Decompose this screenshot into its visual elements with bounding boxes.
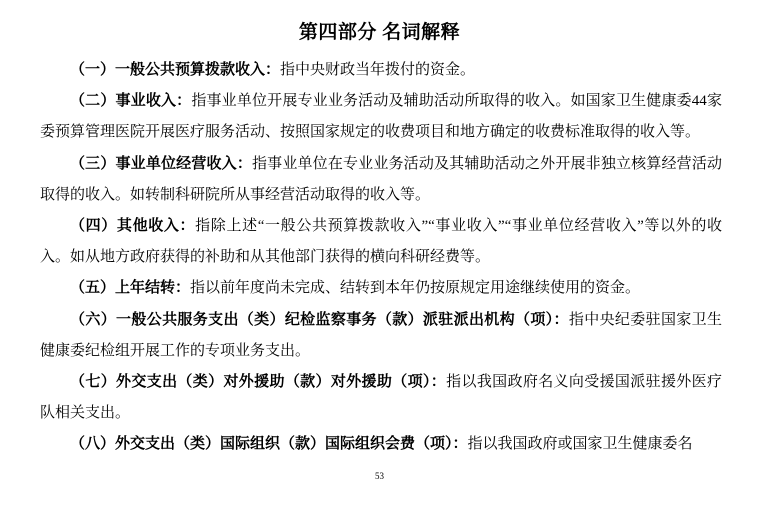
- glossary-entry-3: （三）事业单位经营收入：指事业单位在专业业务活动及其辅助活动之外开展非独立核算经…: [40, 149, 722, 211]
- glossary-entry-1: （一）一般公共预算拨款收入：指中央财政当年拨付的资金。: [40, 55, 722, 86]
- term-label: （三）事业单位经营收入：: [70, 156, 252, 172]
- term-label: （四）其他收入：: [70, 218, 195, 234]
- glossary-entry-6: （六）一般公共服务支出（类）纪检监察事务（款）派驻派出机构（项）：指中央纪委驻国…: [40, 305, 722, 367]
- term-label: （二）事业收入：: [70, 93, 191, 109]
- term-definition: 指以前年度尚未完成、结转到本年仍按原规定用途继续使用的资金。: [190, 280, 640, 296]
- glossary-entry-5: （五）上年结转：指以前年度尚未完成、结转到本年仍按原规定用途继续使用的资金。: [40, 273, 722, 304]
- term-label: （八）外交支出（类）国际组织（款）国际组织会费（项）：: [70, 436, 468, 452]
- page-title: 第四部分 名词解释: [0, 21, 759, 45]
- glossary-entry-4: （四）其他收入：指除上述“一般公共预算拨款收入”“事业收入”“事业单位经营收入”…: [40, 211, 722, 273]
- term-definition: 指以我国政府或国家卫生健康委名: [468, 436, 693, 452]
- glossary-entry-8: （八）外交支出（类）国际组织（款）国际组织会费（项）：指以我国政府或国家卫生健康…: [40, 429, 722, 460]
- glossary-entry-2: （二）事业收入：指事业单位开展专业业务活动及辅助活动所取得的收入。如国家卫生健康…: [40, 86, 722, 148]
- page-number: 53: [0, 470, 759, 482]
- term-label: （六）一般公共服务支出（类）纪检监察事务（款）派驻派出机构（项）：: [70, 312, 569, 328]
- term-definition: 指中央财政当年拨付的资金。: [280, 62, 475, 78]
- glossary-entry-7: （七）外交支出（类）对外援助（款）对外援助（项）：指以我国政府名义向受援国派驻援…: [40, 367, 722, 429]
- term-label: （一）一般公共预算拨款收入：: [70, 62, 280, 78]
- document-page: 第四部分 名词解释 （一）一般公共预算拨款收入：指中央财政当年拨付的资金。 （二…: [0, 0, 759, 523]
- document-body: （一）一般公共预算拨款收入：指中央财政当年拨付的资金。 （二）事业收入：指事业单…: [40, 55, 722, 461]
- term-label: （七）外交支出（类）对外援助（款）对外援助（项）：: [70, 374, 446, 390]
- term-label: （五）上年结转：: [70, 280, 190, 296]
